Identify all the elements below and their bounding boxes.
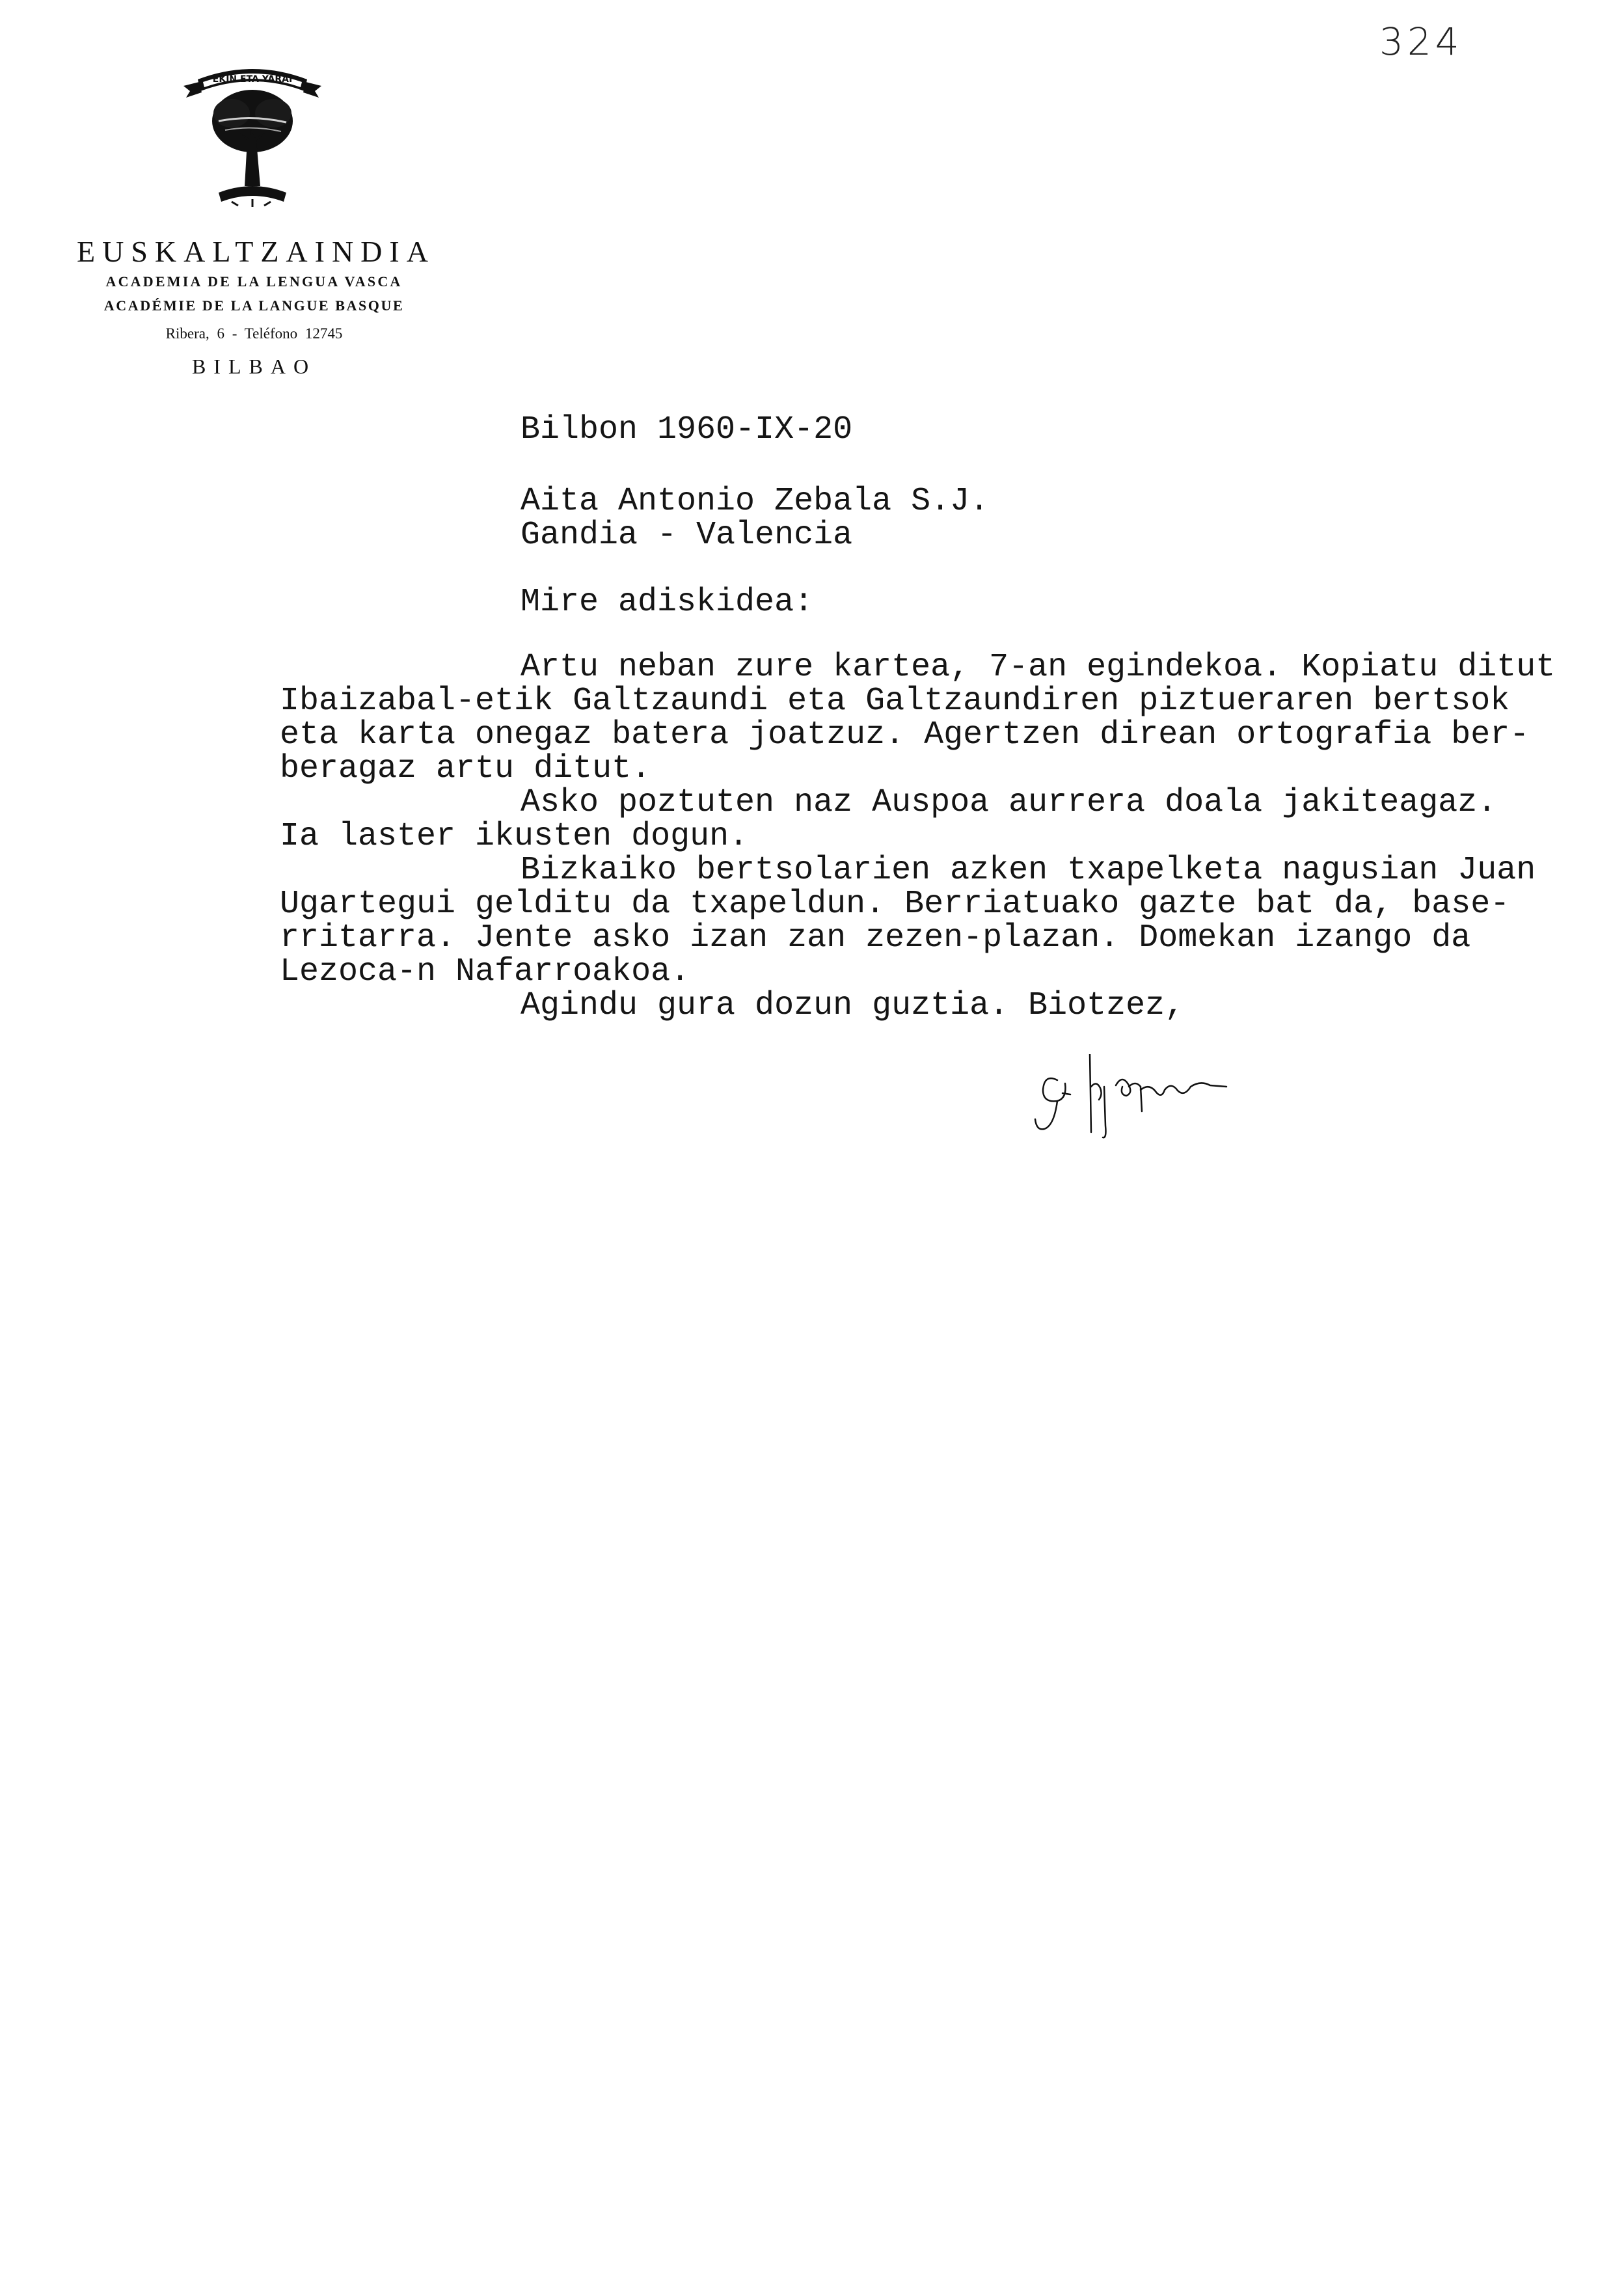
archive-number: 324 (1379, 20, 1463, 64)
recipient-place: Gandia - Valencia (521, 519, 852, 552)
letter-body: Artu neban zure kartea, 7-an egindekoa. … (280, 651, 1555, 1023)
org-address: Ribera, 6 - Teléfono 12745 (77, 325, 431, 342)
handwritten-signature-icon (1031, 1054, 1252, 1145)
body-line: Asko poztuten naz Auspoa aurrera doala j… (280, 786, 1555, 820)
oak-tree-emblem-icon: EKIN ETA YARAI (180, 62, 325, 208)
org-name-spanish: ACADEMIA DE LA LENGUA VASCA (77, 273, 431, 290)
body-line: Ugartegui gelditu da txapeldun. Berriatu… (280, 888, 1555, 921)
body-line: beragaz artu ditut. (280, 752, 1555, 786)
body-line: Lezoca-n Nafarroakoa. (280, 955, 1555, 989)
recipient-name: Aita Antonio Zebala S.J. (521, 485, 989, 519)
org-name: EUSKALTZAINDIA (77, 234, 431, 269)
body-line: eta karta onegaz batera joatzuz. Agertze… (280, 718, 1555, 752)
body-line: Artu neban zure kartea, 7-an egindekoa. … (280, 651, 1555, 685)
body-line: Agindu gura dozun guztia. Biotzez, (280, 989, 1555, 1023)
svg-text:EKIN ETA YARAI: EKIN ETA YARAI (213, 74, 292, 85)
body-line: Bizkaiko bertsolarien azken txapelketa n… (280, 854, 1555, 888)
body-line: Ibaizabal-etik Galtzaundi eta Galtzaundi… (280, 685, 1555, 718)
body-line: rritarra. Jente asko izan zan zezen-plaz… (280, 921, 1555, 955)
body-line: Ia laster ikusten dogun. (280, 820, 1555, 854)
date-line: Bilbon 1960-IX-20 (521, 413, 852, 447)
org-city: BILBAO (77, 355, 431, 379)
org-name-french: ACADÉMIE DE LA LANGUE BASQUE (77, 297, 431, 314)
salutation: Mire adiskidea: (521, 586, 813, 619)
